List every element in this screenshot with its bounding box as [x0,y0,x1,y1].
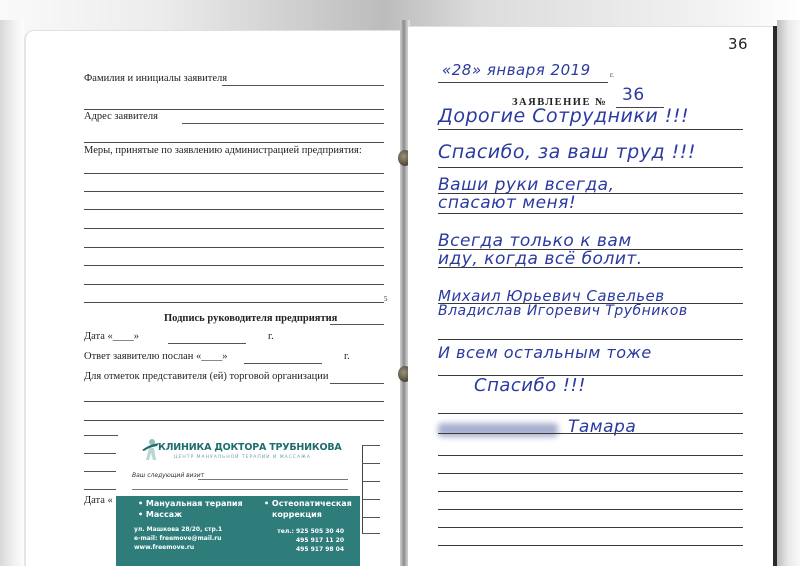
handwritten-line: Спасибо !!! [474,375,586,396]
next-visit-field[interactable] [198,479,348,480]
statement-number: 36 [622,85,645,105]
ruled-line [438,527,743,528]
ruled-line [438,433,743,434]
handwritten-line: И всем остальным тоже [438,343,652,362]
clinic-logo-icon [140,438,160,462]
ruled-line [438,473,743,474]
measures-line[interactable] [84,247,384,248]
handwritten-signature: Тамара [568,417,636,437]
trade-org-line[interactable] [84,420,384,421]
service-item: • Остеопатическая [264,499,352,508]
measures-line[interactable] [84,302,384,303]
line-end-mark: 5 [384,295,388,303]
short-line[interactable] [84,471,118,472]
applicant-address-label: Адрес заявителя [84,111,158,122]
handwritten-line: спасают меня! [438,193,576,213]
ruled-line [438,509,743,510]
clinic-website: www.freemove.ru [134,544,194,551]
business-card: КЛИНИКА ДОКТОРА ТРУБНИКОВА ЦЕНТР МАНУАЛЬ… [116,436,360,566]
measures-line[interactable] [84,265,384,266]
short-line[interactable] [84,453,118,454]
handwritten-line: Владислав Игоревич Трубников [438,303,688,319]
card-edge-line [362,445,363,533]
right-page: 36 «28» января 2019 г. ЗАЯВЛЕНИЕ № 36 До… [408,26,774,566]
trade-org-line[interactable] [84,401,384,402]
measures-line[interactable] [84,173,384,174]
applicant-address-field-line2[interactable] [84,142,384,143]
ruled-line [438,339,743,340]
service-item: • Массаж [138,510,182,519]
manager-signature-label: Подпись руководителя предприятия [164,313,337,324]
clinic-phone: тел.: 925 505 30 40 [277,528,344,535]
ruled-line [438,213,743,214]
handwritten-line: Ваши руки всегда, [438,175,615,195]
date-field[interactable] [438,82,608,83]
scan-left-edge [0,20,24,566]
clinic-subtitle: ЦЕНТР МАНУАЛЬНОЙ ТЕРАПИИ И МАССАЖА [174,455,311,460]
redacted-surname [438,423,558,437]
manager-signature-field[interactable] [330,324,384,325]
clinic-name: КЛИНИКА ДОКТОРА ТРУБНИКОВА [158,442,342,453]
scan-right-edge [777,20,800,566]
handwritten-line: иду, когда всё болит. [438,249,643,269]
year-suffix: г. [344,351,350,362]
handwritten-date: «28» января 2019 [442,61,591,79]
next-visit-field-line2[interactable] [132,489,348,490]
clinic-phone: 495 917 11 20 [296,537,344,544]
ruled-line [438,455,743,456]
year-suffix: г. [610,71,614,79]
trade-org-label: Для отметок представителя (ей) торговой … [84,371,328,382]
applicant-name-field-line2[interactable] [84,109,384,110]
clinic-email: e-mail: freemove@mail.ru [134,535,221,542]
reply-sent-label: Ответ заявителю послан «____» [84,351,228,362]
measures-label: Меры, принятые по заявлению администраци… [84,145,362,156]
service-item: коррекция [272,510,322,519]
ruled-line [438,167,743,168]
next-visit-label: Ваш следующий визит [132,472,204,479]
short-line[interactable] [84,489,118,490]
card-info-panel: • Мануальная терапия • Массаж • Остеопат… [116,496,360,566]
year-suffix: г. [268,331,274,342]
short-line-right [362,463,380,464]
handwritten-line: Дорогие Сотрудники !!! [438,105,689,127]
short-line-right [362,499,380,500]
clinic-phone: 495 917 98 04 [296,546,344,553]
measures-line[interactable] [84,228,384,229]
date-label: Дата «____» [84,331,139,342]
short-line-right [362,533,380,534]
applicant-name-field[interactable] [222,85,384,86]
card-header: КЛИНИКА ДОКТОРА ТРУБНИКОВА ЦЕНТР МАНУАЛЬ… [116,436,360,496]
short-line-right [362,517,380,518]
page-number: 36 [728,35,748,53]
ruled-line [438,491,743,492]
clinic-address: ул. Машкова 28/20, стр.1 [134,526,222,533]
short-line[interactable] [84,435,118,436]
ruled-line [438,413,743,414]
ruled-line [438,129,743,130]
date-month-field[interactable] [168,343,246,344]
ruled-line [438,545,743,546]
applicant-address-field[interactable] [182,123,384,124]
measures-line[interactable] [84,191,384,192]
trade-org-field[interactable] [330,383,384,384]
short-line-right [362,445,380,446]
applicant-name-label: Фамилия и инициалы заявителя [84,73,227,84]
measures-line[interactable] [84,209,384,210]
service-item: • Мануальная терапия [138,499,243,508]
reply-month-field[interactable] [244,363,322,364]
date-label-bottom: Дата « [84,495,113,506]
ruled-line [438,267,743,268]
handwritten-line: Спасибо, за ваш труд !!! [438,141,696,163]
short-line-right [362,481,380,482]
measures-line[interactable] [84,284,384,285]
handwritten-line: Всегда только к вам [438,231,632,251]
